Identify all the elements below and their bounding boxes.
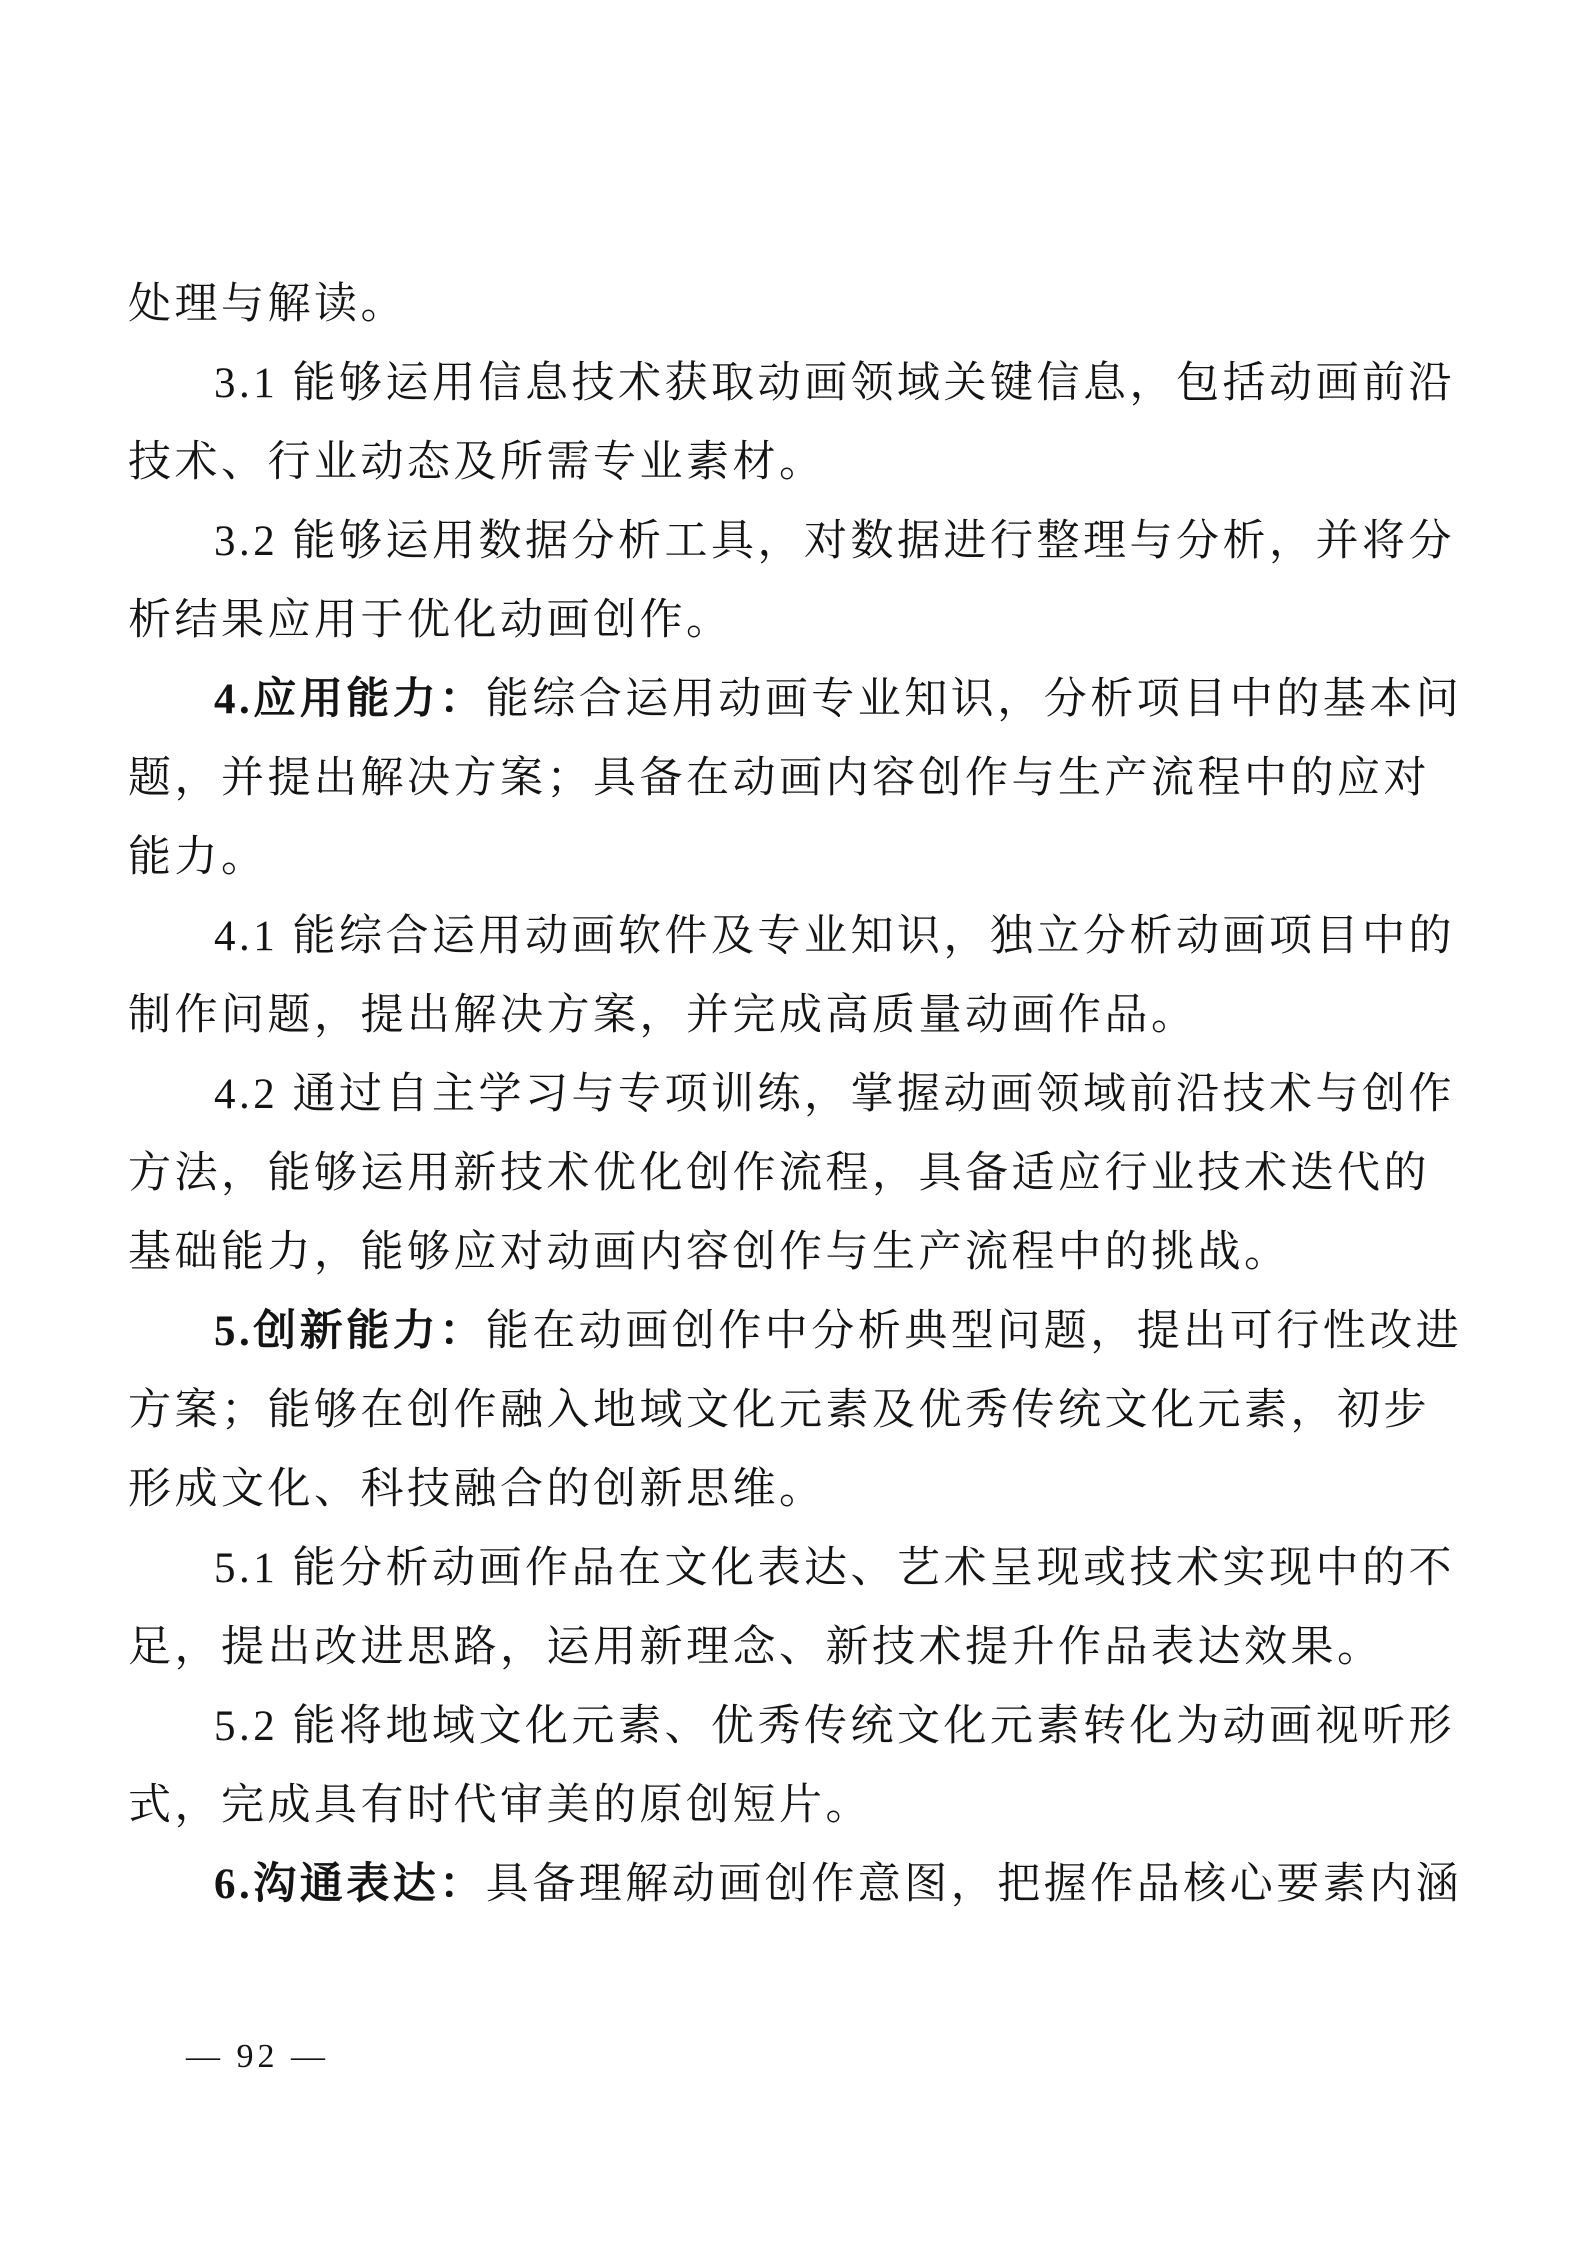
paragraph: 3.2 能够运用数据分析工具，对数据进行整理与分析，并将分析结果应用于优化动画创… (128, 502, 1470, 660)
document-page: 处理与解读。3.1 能够运用信息技术获取动画领域关键信息，包括动画前沿技术、行业… (0, 0, 1587, 2245)
text-run: 3.1 能够运用信息技术获取动画领域关键信息，包括动画前沿技术、行业动态及所需专… (128, 360, 1455, 486)
text-run: 5.2 能将地域文化元素、优秀传统文化元素转化为动画视听形式，完成具有时代审美的… (128, 1703, 1455, 1829)
heading-run: 6.沟通表达： (214, 1861, 486, 1908)
paragraph: 6.沟通表达：具备理解动画创作意图，把握作品核心要素内涵 (128, 1845, 1470, 1924)
text-run: 5.1 能分析动画作品在文化表达、艺术呈现或技术实现中的不足，提出改进思路，运用… (128, 1545, 1455, 1671)
text-run: 3.2 能够运用数据分析工具，对数据进行整理与分析，并将分析结果应用于优化动画创… (128, 518, 1455, 644)
text-run: 4.2 通过自主学习与专项训练，掌握动画领域前沿技术与创作方法，能够运用新技术优… (128, 1071, 1455, 1276)
paragraph: 4.1 能综合运用动画软件及专业知识，独立分析动画项目中的制作问题，提出解决方案… (128, 897, 1470, 1055)
paragraph: 4.应用能力：能综合运用动画专业知识，分析项目中的基本问题，并提出解决方案；具备… (128, 660, 1470, 897)
text-run: 4.1 能综合运用动画软件及专业知识，独立分析动画项目中的制作问题，提出解决方案… (128, 913, 1455, 1039)
paragraph: 5.2 能将地域文化元素、优秀传统文化元素转化为动画视听形式，完成具有时代审美的… (128, 1687, 1470, 1845)
paragraph: 5.1 能分析动画作品在文化表达、艺术呈现或技术实现中的不足，提出改进思路，运用… (128, 1529, 1470, 1687)
text-run: 处理与解读。 (128, 281, 407, 328)
paragraph: 4.2 通过自主学习与专项训练，掌握动画领域前沿技术与创作方法，能够运用新技术优… (128, 1055, 1470, 1292)
text-run: 具备理解动画创作意图，把握作品核心要素内涵 (486, 1861, 1463, 1908)
heading-run: 4.应用能力： (214, 676, 486, 723)
paragraph: 处理与解读。 (128, 265, 1470, 344)
document-body: 处理与解读。3.1 能够运用信息技术获取动画领域关键信息，包括动画前沿技术、行业… (128, 265, 1470, 1924)
paragraph: 5.创新能力：能在动画创作中分析典型问题，提出可行性改进方案；能够在创作融入地域… (128, 1292, 1470, 1529)
page-number: — 92 — (186, 2038, 329, 2076)
paragraph: 3.1 能够运用信息技术获取动画领域关键信息，包括动画前沿技术、行业动态及所需专… (128, 344, 1470, 502)
heading-run: 5.创新能力： (214, 1308, 486, 1355)
